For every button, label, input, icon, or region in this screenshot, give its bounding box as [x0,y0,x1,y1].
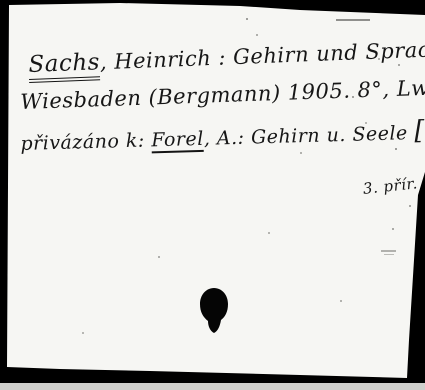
catalog-card-scan: Sachs, Heinrich : Gehirn und Sprache. Wi… [0,0,425,390]
binding-note-line: přivázáno k: Forel, A.: Gehirn u. Seele … [20,113,425,157]
scan-bottom-edge [0,383,425,390]
scan-noise-dash [381,250,396,252]
catalog-card: Sachs, Heinrich : Gehirn und Sprache. Wi… [0,0,425,390]
shelfmark: [46.175] [414,113,425,146]
author-title-rest: , Heinrich : Gehirn und Sprache. [99,36,425,74]
scan-noise-dash [384,254,394,255]
imprint-line: Wiesbaden (Bergmann) 1905. 8°, Lw. [20,76,425,114]
accession-note: 3. přír. [362,174,419,198]
bound-with-name: Forel [151,128,204,153]
binding-note-prefix: přivázáno k: [20,129,151,155]
binding-note-mid: , A.: Gehirn u. Seele [203,122,414,150]
scan-noise-dash [336,19,370,21]
punch-hole-shape [200,288,228,333]
punch-hole-icon [196,286,232,336]
scan-noise-speckles [0,0,2,2]
author-surname: Sachs [28,49,101,83]
author-title-line: Sachs, Heinrich : Gehirn und Sprache. [28,35,425,78]
